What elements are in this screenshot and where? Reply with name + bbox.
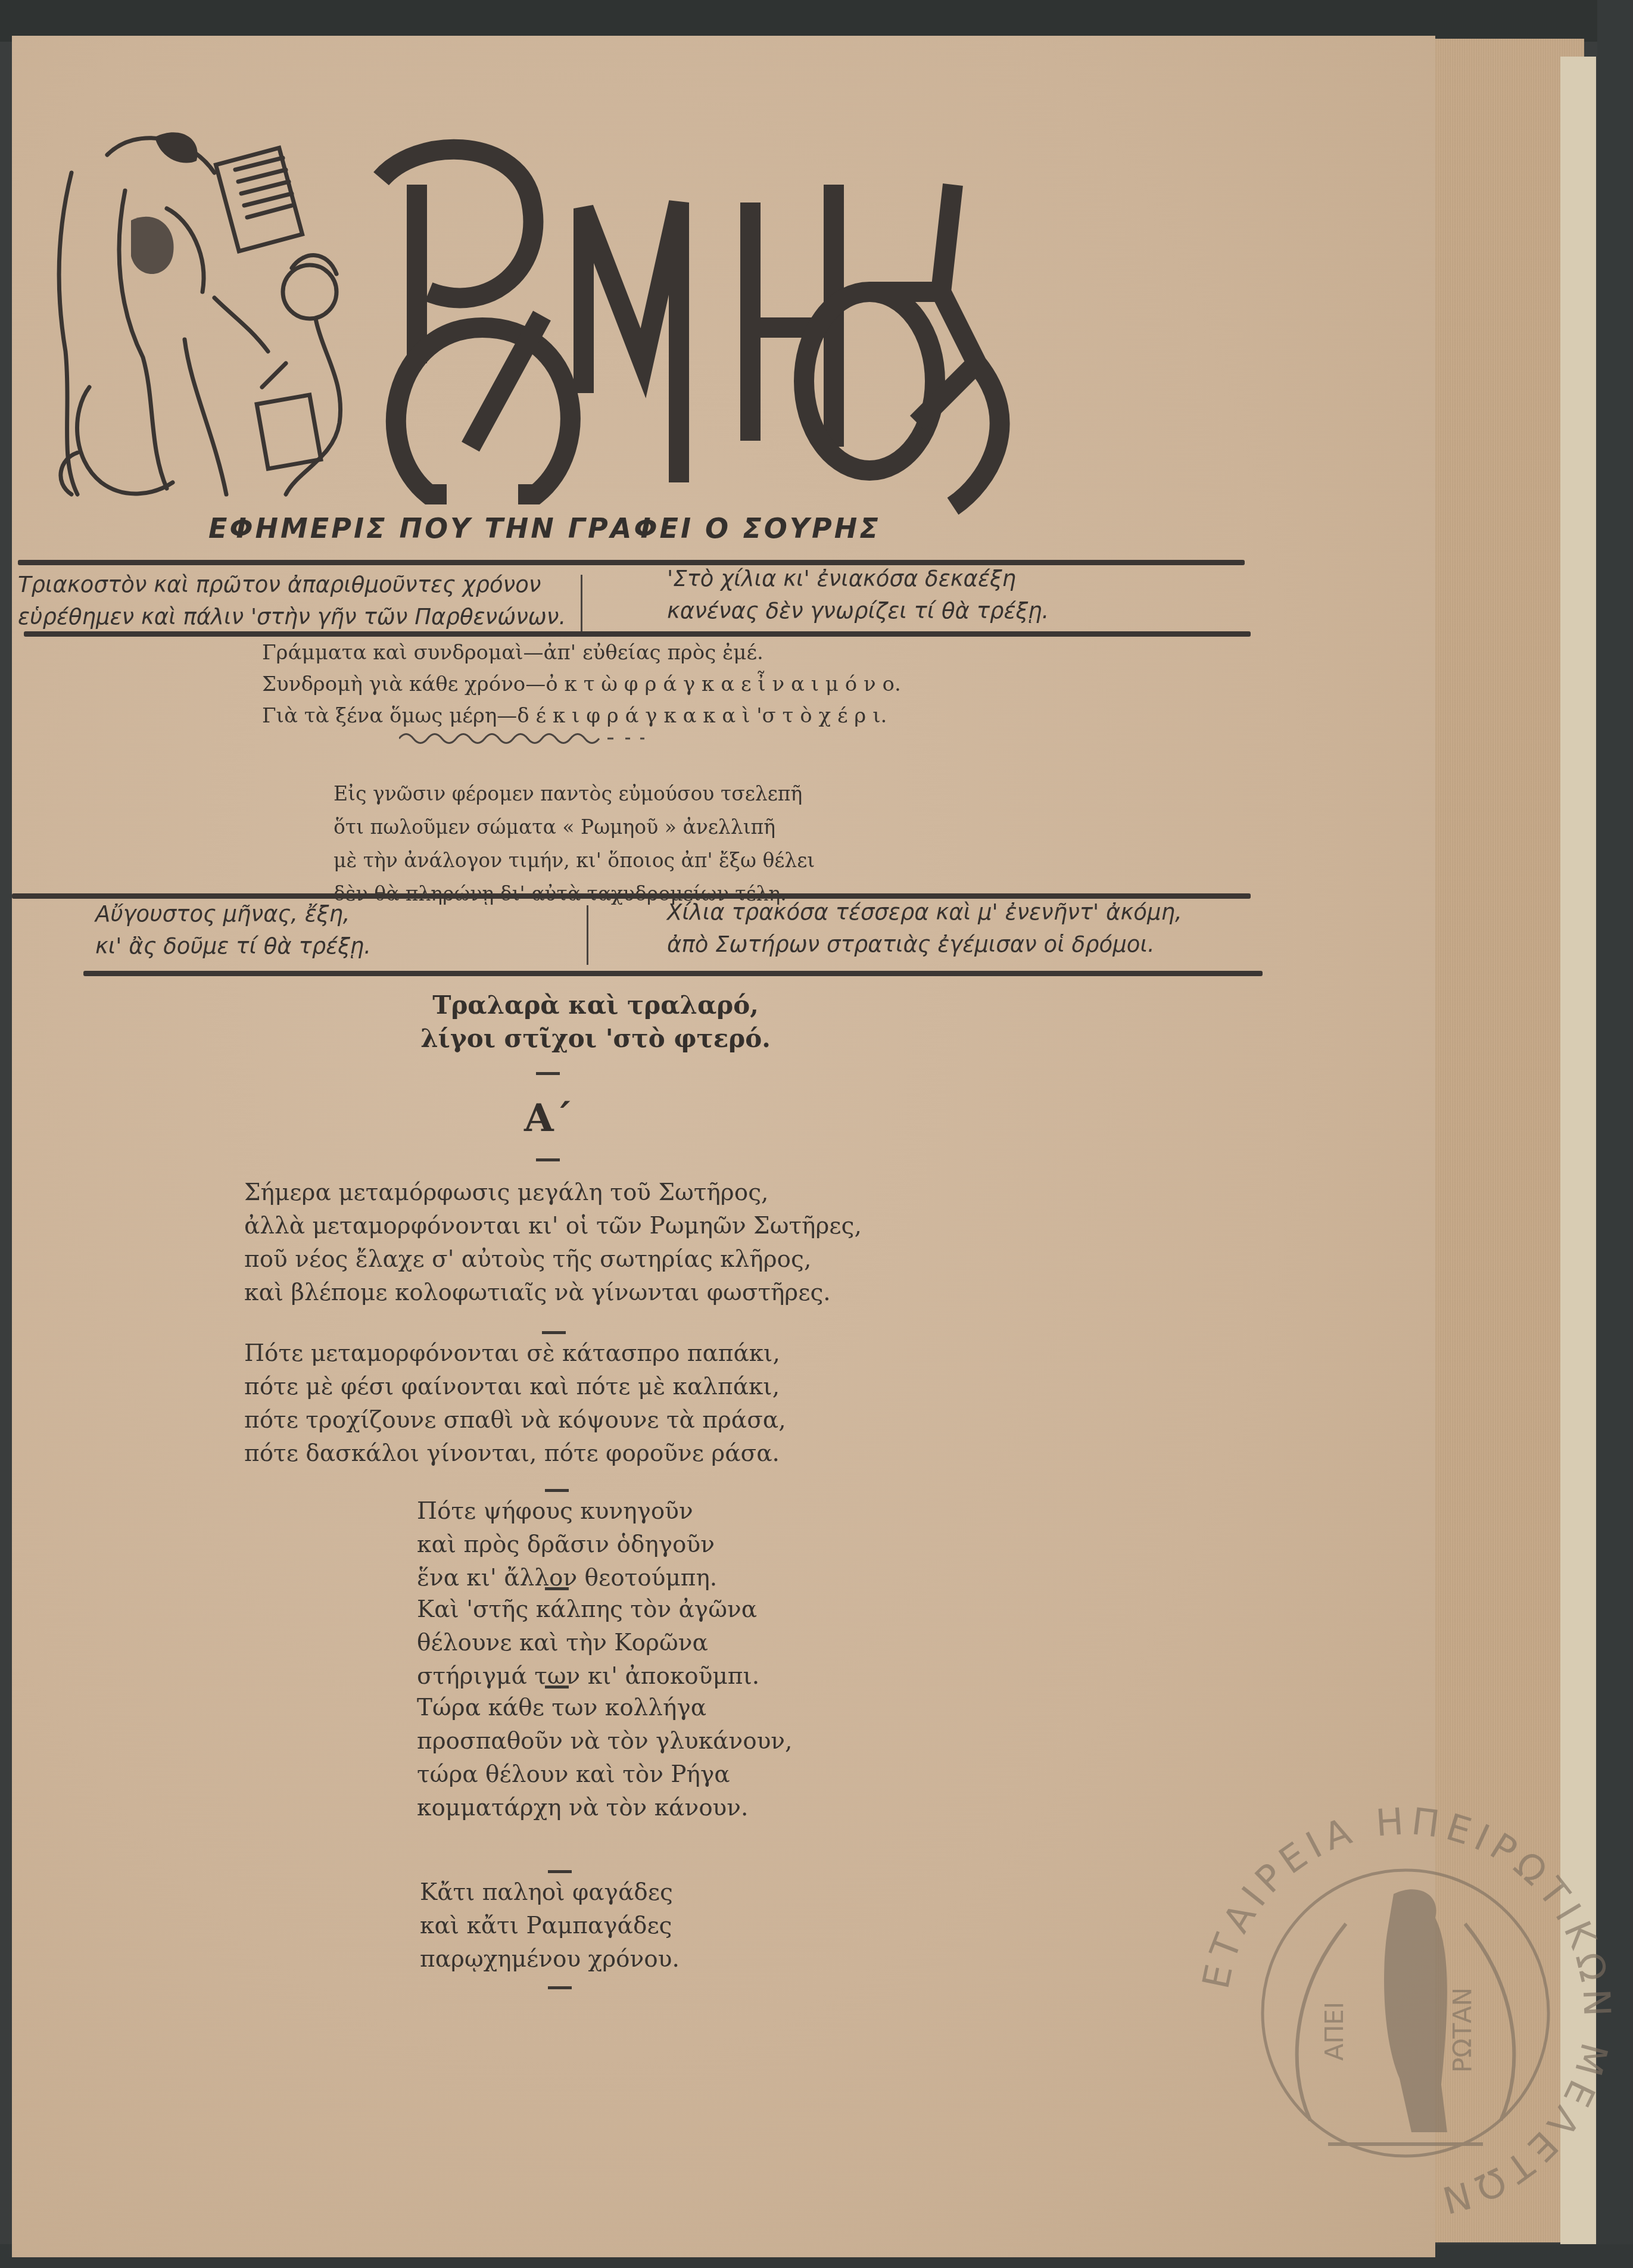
poem-stanza: Κἄτι παληοὶ φαγάδες καὶ κἄτι Ραμπαγάδες … bbox=[420, 1876, 956, 1976]
subscription-info: Γράμματα καὶ συνδρομαὶ—ἀπ' εὐθείας πρὸς … bbox=[262, 637, 1036, 732]
subscription-line: Γιὰ τὰ ξένα ὅμως μέρη—δ έ κ ι φ ρ ά γ κ … bbox=[262, 700, 1036, 732]
poem-title-line: Τραλαρὰ καὶ τραλαρό, bbox=[298, 989, 893, 1022]
column-divider bbox=[581, 575, 582, 631]
sales-notice: Εἰς γνῶσιν φέρομεν παντὸς εὐμούσου τσελε… bbox=[334, 777, 929, 911]
column-divider bbox=[587, 905, 588, 965]
notice-line: μὲ τὴν ἀνάλογον τιμήν, κι' ὅποιος ἀπ' ἔξ… bbox=[334, 844, 929, 877]
poem-line: τώρα θέλουν καὶ τὸν Ρήγα bbox=[417, 1758, 953, 1792]
poem-title-line: λίγοι στῖχοι 'στὸ φτερό. bbox=[298, 1022, 893, 1055]
poem-line: Πότε μεταμορφόνονται σὲ κάτασπρο παπάκι, bbox=[244, 1337, 1138, 1370]
poem-line: καὶ πρὸς δρᾶσιν ὁδηγοῦν bbox=[417, 1528, 953, 1562]
motto-line: 'Στὸ χίλια κι' ἐνιακόσα δεκαέξη bbox=[667, 563, 1239, 595]
notice-line: ὅτι πωλοῦμεν σώματα « Ρωμηοῦ » ἀνελλιπῆ bbox=[334, 811, 929, 844]
stamp-inner-right: ΡΩΤΑΝ bbox=[1448, 1987, 1477, 2073]
poem-line: καὶ βλέπομε κολοφωτιαῖς νὰ γίνωνται φωστ… bbox=[244, 1276, 1138, 1310]
poem-stanza: Τώρα κάθε των κολλήγα προσπαθοῦν νὰ τὸν … bbox=[417, 1691, 953, 1825]
motto-line: Τριακοστὸν καὶ πρῶτον ἀπαριθμοῦντες χρόν… bbox=[18, 569, 578, 601]
poem-line: πότε τροχίζουνε σπαθὶ νὰ κόψουνε τὰ πράσ… bbox=[244, 1404, 1138, 1437]
motto-left: Τριακοστὸν καὶ πρῶτον ἀπαριθμοῦντες χρόν… bbox=[18, 569, 578, 633]
poem-line: ποῦ νέος ἔλαχε σ' αὐτοὺς τῆς σωτηρίας κλ… bbox=[244, 1243, 1138, 1276]
poem-line: προσπαθοῦν νὰ τὸν γλυκάνουν, bbox=[417, 1725, 953, 1758]
subscription-line: Συνδρομὴ γιὰ κάθε χρόνο—ὀ κ τ ὼ φ ρ ά γ … bbox=[262, 669, 1036, 700]
poem-stanza: Πότε μεταμορφόνονται σὲ κάτασπρο παπάκι,… bbox=[244, 1337, 1138, 1471]
separator-dash bbox=[545, 1686, 569, 1688]
motto-line: κανένας δὲν γνωρίζει τί θὰ τρέξῃ. bbox=[667, 595, 1239, 627]
motto-line: Αὔγουστος μῆνας, ἔξη, bbox=[95, 898, 572, 930]
poem-line: στήριγμά των κι' ἀποκοῦμπι. bbox=[417, 1660, 953, 1693]
poem-stanza: Πότε ψήφους κυνηγοῦν καὶ πρὸς δρᾶσιν ὁδη… bbox=[417, 1495, 953, 1595]
divider-rule bbox=[83, 971, 1263, 976]
poem-line: πότε μὲ φέσι φαίνονται καὶ πότε μὲ καλπά… bbox=[244, 1370, 1138, 1404]
separator-dash bbox=[545, 1587, 569, 1590]
separator-dash bbox=[545, 1489, 569, 1492]
poem-line: πότε δασκάλοι γίνονται, πότε φοροῦνε ράσ… bbox=[244, 1437, 1138, 1471]
motto-line: ἀπὸ Σωτήρων στρατιὰς ἐγέμισαν οἱ δρόμοι. bbox=[667, 929, 1251, 961]
divider-rule bbox=[24, 631, 1251, 637]
poem-line: Τώρα κάθε των κολλήγα bbox=[417, 1691, 953, 1725]
library-stamp-icon: ΕΤΑΙΡΕΙΑ ΗΠΕΙΡΩΤΙΚΩΝ ΜΕΛΕΤΩΝ ΑΠΕΙ ΡΩΤΑΝ bbox=[1191, 1799, 1620, 2227]
poem-line: καὶ κἄτι Ραμπαγάδες bbox=[420, 1909, 956, 1943]
ornamental-divider-icon bbox=[399, 727, 649, 744]
poem-line: ἕνα κι' ἄλλον θεοτούμπη. bbox=[417, 1562, 953, 1595]
masthead-illustration-icon bbox=[36, 101, 369, 518]
separator-dash bbox=[536, 1072, 560, 1075]
section-marker: Α΄ bbox=[524, 1096, 573, 1141]
poem-line: κομματάρχη νὰ τὸν κάνουν. bbox=[417, 1792, 953, 1825]
masthead-title-logo: ΡΩΜΗΟΣ bbox=[345, 113, 1227, 518]
poem-line: ἀλλὰ μεταμορφόνονται κι' οἱ τῶν Ρωμηῶν Σ… bbox=[244, 1210, 1138, 1243]
poem-stanza: Σήμερα μεταμόρφωσις μεγάλη τοῦ Σωτῆρος, … bbox=[244, 1176, 1138, 1310]
poem-line: Καὶ 'στῆς κάλπης τὸν ἀγῶνα bbox=[417, 1593, 953, 1627]
date-motto-right: Χίλια τρακόσα τέσσερα καὶ μ' ἐνενῆντ' ἀκ… bbox=[667, 896, 1251, 961]
masthead-subtitle: ΕΦΗΜΕΡΙΣ ΠΟΥ ΤΗΝ ΓΡΑΦΕΙ Ο ΣΟΥΡΗΣ bbox=[208, 512, 983, 544]
poem-stanza: Καὶ 'στῆς κάλπης τὸν ἀγῶνα θέλουνε καὶ τ… bbox=[417, 1593, 953, 1693]
date-motto-left: Αὔγουστος μῆνας, ἔξη, κι' ἂς δοῦμε τί θὰ… bbox=[95, 898, 572, 962]
stamp-inner-left: ΑΠΕΙ bbox=[1320, 2002, 1349, 2061]
poem-line: θέλουνε καὶ τὴν Κορῶνα bbox=[417, 1627, 953, 1660]
notice-line: Εἰς γνῶσιν φέρομεν παντὸς εὐμούσου τσελε… bbox=[334, 777, 929, 811]
separator-dash bbox=[548, 1986, 572, 1989]
separator-dash bbox=[536, 1158, 560, 1161]
subscription-line: Γράμματα καὶ συνδρομαὶ—ἀπ' εὐθείας πρὸς … bbox=[262, 637, 1036, 669]
poem-line: Κἄτι παληοὶ φαγάδες bbox=[420, 1876, 956, 1909]
separator-dash bbox=[548, 1870, 572, 1873]
motto-line: εὑρέθημεν καὶ πάλιν 'στὴν γῆν τῶν Παρθεν… bbox=[18, 601, 578, 633]
motto-right: 'Στὸ χίλια κι' ἐνιακόσα δεκαέξη κανένας … bbox=[667, 563, 1239, 627]
poem-line: παρῳχημένου χρόνου. bbox=[420, 1943, 956, 1976]
motto-line: κι' ἂς δοῦμε τί θὰ τρέξῃ. bbox=[95, 930, 572, 962]
poem-line: Σήμερα μεταμόρφωσις μεγάλη τοῦ Σωτῆρος, bbox=[244, 1176, 1138, 1210]
poem-line: Πότε ψήφους κυνηγοῦν bbox=[417, 1495, 953, 1528]
separator-dash bbox=[542, 1331, 566, 1334]
poem-title: Τραλαρὰ καὶ τραλαρό, λίγοι στῖχοι 'στὸ φ… bbox=[298, 989, 893, 1055]
motto-line: Χίλια τρακόσα τέσσερα καὶ μ' ἐνενῆντ' ἀκ… bbox=[667, 896, 1251, 929]
